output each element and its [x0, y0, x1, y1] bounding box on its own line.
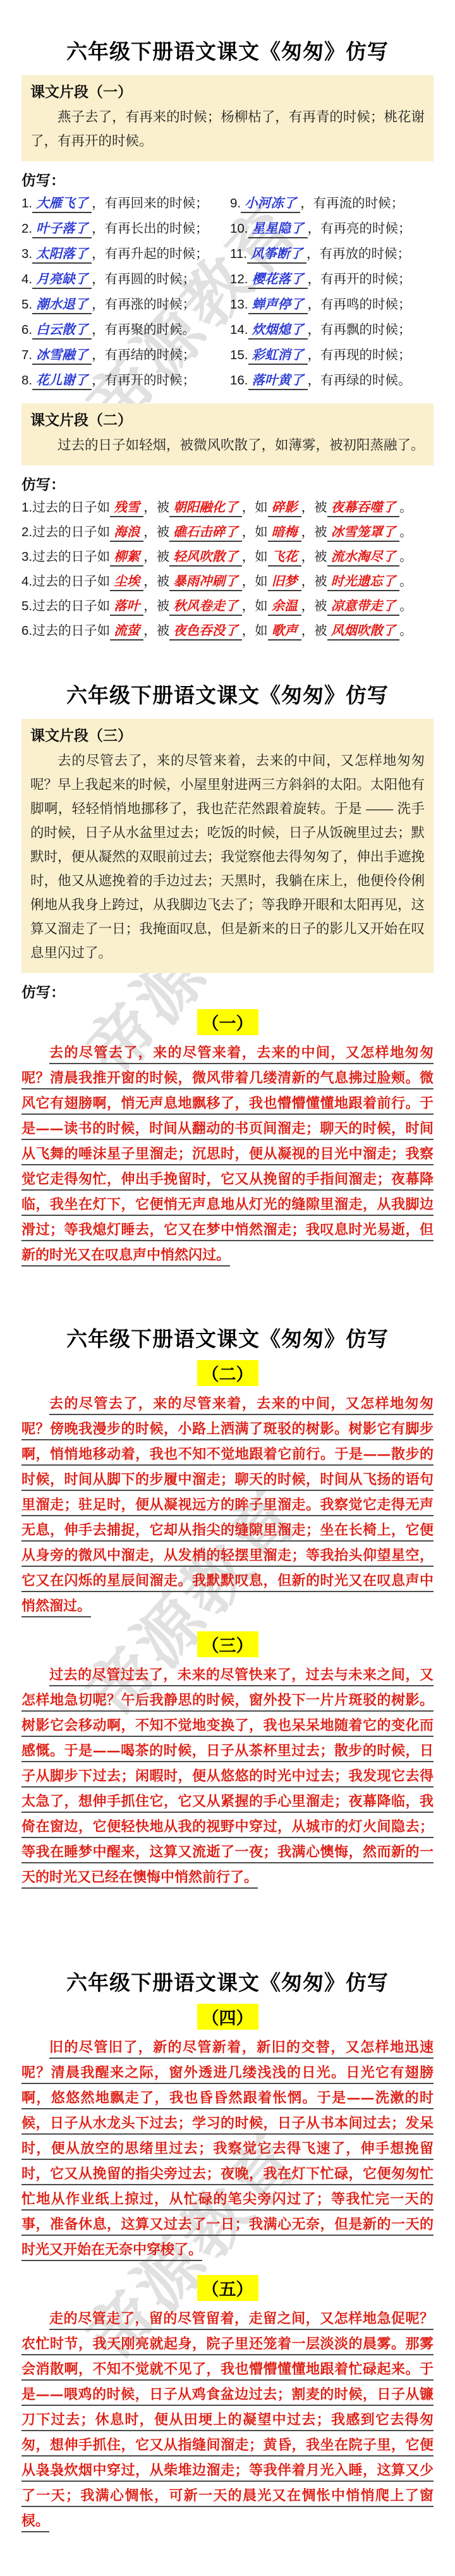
item-number: 5.	[21, 599, 32, 613]
imitation-list-2: 1.过去的日子如残雪，被朝阳融化了，如碎影，被夜幕吞噬了。 2.过去的日子如海浪…	[21, 495, 434, 643]
essay-text-5: 走的尽管走了，留的尽管留着，走留之间，又怎样地急促呢？农忙时节，我天刚亮就起身，…	[21, 2306, 434, 2534]
essay-tag-wrap: （二）	[21, 1360, 434, 1386]
essay-tag-wrap: （三）	[21, 1631, 434, 1657]
item-blank: 碎影	[268, 500, 301, 517]
item-period: 。	[399, 599, 413, 613]
item-number: 2.	[21, 525, 32, 539]
item-blank: 暴雨冲刷了	[169, 573, 242, 591]
item-text: ，有再绿的时候。	[308, 373, 411, 388]
essay-tag-wrap: （五）	[21, 2275, 434, 2301]
item-sep: ，被	[143, 574, 169, 589]
list-item: 6.过去的日子如流萤，被夜色吞没了，如歌声，被风烟吹散了。	[21, 618, 434, 643]
item-text: ，有再开的时候；	[308, 272, 411, 286]
item-blank: 夜色吞没了	[169, 623, 242, 641]
item-blank: 彩虹消了	[248, 347, 308, 365]
page-title: 六年级下册语文课文《匆匆》仿写	[21, 0, 434, 65]
item-blank: 冰雪笼罩了	[327, 524, 400, 542]
item-blank: 小河冻了	[241, 195, 300, 213]
item-text: ，有再开的时候；	[92, 373, 195, 388]
passage-heading: 课文片段（三）	[30, 725, 425, 746]
list-item: 1.过去的日子如残雪，被朝阳融化了，如碎影，被夜幕吞噬了。	[21, 495, 434, 520]
list-item: 2.过去的日子如海浪，被礁石击碎了，如暗梅，被冰雪笼罩了。	[21, 520, 434, 544]
essay-tag-5: （五）	[197, 2275, 258, 2301]
item-text: ，有再流的时候；	[300, 196, 404, 211]
item-text: ，有再圆的时候；	[92, 272, 195, 286]
list-item: 4.过去的日子如尘埃，被暴雨冲刷了，如旧梦，被时光遗忘了。	[21, 569, 434, 594]
item-blank: 旧梦	[268, 573, 301, 591]
item-number: 16.	[230, 373, 248, 388]
list-item: 11.风筝断了，有再放的时候；	[230, 242, 434, 267]
item-sep: ，被	[143, 525, 169, 539]
passage-box-2: 课文片段（二） 过去的日子如轻烟，被微风吹散了，如薄雾，被初阳蒸融了。	[21, 403, 434, 465]
item-blank: 凉意带走了	[327, 598, 400, 616]
list-item: 3.太阳落了，有再升起的时候；	[21, 242, 225, 267]
item-period: 。	[399, 574, 413, 589]
item-period: 。	[399, 500, 413, 515]
item-blank: 流水淘尽了	[327, 549, 400, 567]
item-text: ，有再升起的时候；	[92, 247, 209, 261]
list-item: 6.白云散了，有再聚的时候。	[21, 317, 225, 343]
item-sep: ，被	[301, 500, 327, 515]
item-blank: 流萤	[110, 623, 143, 641]
item-blank: 花儿谢了	[32, 372, 92, 390]
imitation-label: 仿写：	[21, 981, 434, 1002]
passage-text: 去的尽管去了，来的尽管来着，去来的中间，又怎样地匆匆呢？早上我起来的时候，小屋里…	[30, 749, 425, 965]
page-title: 六年级下册语文课文《匆匆》仿写	[21, 644, 434, 709]
item-sep: ，如	[242, 500, 268, 515]
item-blank: 冰雪融了	[32, 347, 92, 365]
passage-heading: 课文片段（二）	[30, 409, 425, 431]
essay-text-2: 去的尽管去了，来的尽管来着，去来的中间，又怎样地匆匆呢？傍晚我漫步的时候，小路上…	[21, 1391, 434, 1619]
item-text: ，有再鸣的时候；	[308, 297, 411, 312]
item-number: 7.	[21, 348, 32, 362]
page-title: 六年级下册语文课文《匆匆》仿写	[21, 1931, 434, 1996]
list-item: 12.樱花落了，有再开的时候；	[230, 267, 434, 292]
page-3: 帝源教育 六年级下册语文课文《匆匆》仿写 （二） 去的尽管去了，来的尽管来着，去…	[0, 1287, 455, 1931]
essay-tag-wrap: （一）	[21, 1009, 434, 1035]
item-sep: ，被	[143, 623, 169, 638]
item-lead: 过去的日子如	[32, 525, 110, 539]
item-blank: 白云散了	[32, 322, 92, 340]
item-lead: 过去的日子如	[32, 574, 110, 589]
list-item: 2.叶子落了，有再长出的时候；	[21, 216, 225, 242]
page-2: 帝源教育 六年级下册语文课文《匆匆》仿写 课文片段（三） 去的尽管去了，来的尽管…	[0, 644, 455, 1287]
item-blank: 尘埃	[110, 573, 143, 591]
item-blank: 飞花	[268, 549, 301, 567]
list-item: 8.花儿谢了，有再开的时候；	[21, 368, 225, 393]
item-blank: 夜幕吞噬了	[327, 500, 400, 517]
list-item: 15.彩虹消了，有再现的时候；	[230, 343, 434, 368]
item-blank: 炊烟熄了	[248, 322, 308, 340]
item-blank: 时光遗忘了	[327, 573, 400, 591]
item-sep: ，如	[242, 549, 268, 564]
imitation-list-1: 1.大雁飞了，有再回来的时候； 2.叶子落了，有再长出的时候； 3.太阳落了，有…	[21, 191, 434, 393]
item-number: 1.	[21, 196, 32, 211]
item-sep: ，被	[301, 623, 327, 638]
essay-text-3: 过去的尽管过去了，未来的尽管快来了，过去与未来之间，又怎样地急切呢？午后我静思的…	[21, 1662, 434, 1890]
item-sep: ，被	[143, 599, 169, 613]
item-sep: ，如	[242, 623, 268, 638]
item-blank: 轻风吹散了	[169, 549, 242, 567]
essay-text-1: 去的尽管去了，来的尽管来着，去来的中间，又怎样地匆匆呢？清晨我推开窗的时候，微风…	[21, 1040, 434, 1268]
item-blank: 秋风卷走了	[169, 598, 242, 616]
list-item: 13.蝉声停了，有再鸣的时候；	[230, 292, 434, 317]
list-item: 9.小河冻了，有再流的时候；	[230, 191, 434, 216]
item-number: 4.	[21, 272, 32, 286]
item-number: 14.	[230, 322, 248, 337]
item-blank: 风烟吹散了	[327, 623, 400, 641]
item-blank: 暗梅	[268, 524, 301, 542]
item-text: ，有再回来的时候；	[92, 196, 209, 211]
item-blank: 蝉声停了	[248, 297, 308, 314]
item-lead: 过去的日子如	[32, 500, 110, 515]
item-number: 12.	[230, 272, 248, 286]
item-period: 。	[399, 525, 413, 539]
list-item: 1.大雁飞了，有再回来的时候；	[21, 191, 225, 216]
item-text: ，有再聚的时候。	[92, 322, 195, 337]
item-blank: 余温	[268, 598, 301, 616]
item-blank: 海浪	[110, 524, 143, 542]
item-blank: 残雪	[110, 500, 143, 517]
item-number: 6.	[21, 623, 32, 638]
item-blank: 樱花落了	[248, 271, 308, 289]
passage-text: 过去的日子如轻烟，被微风吹散了，如薄雾，被初阳蒸融了。	[30, 433, 425, 457]
item-text: ，有再结的时候；	[92, 348, 195, 362]
item-number: 5.	[21, 297, 32, 312]
list-item: 10.星星隐了，有再亮的时候；	[230, 216, 434, 242]
imitation-label: 仿写：	[21, 169, 434, 190]
item-blank: 落叶黄了	[248, 372, 308, 390]
page-title: 六年级下册语文课文《匆匆》仿写	[21, 1287, 434, 1352]
item-sep: ，被	[301, 574, 327, 589]
item-blank: 朝阳融化了	[169, 500, 242, 517]
worksheet: 帝源教育 六年级下册语文课文《匆匆》仿写 课文片段（一） 燕子去了，有再来的时候…	[0, 0, 455, 2575]
item-blank: 星星隐了	[248, 221, 308, 238]
item-number: 3.	[21, 549, 32, 564]
item-sep: ，被	[143, 500, 169, 515]
item-sep: ，如	[242, 525, 268, 539]
essay-tag-4: （四）	[197, 2004, 258, 2030]
list-item: 14.炊烟熄了，有再飘的时候；	[230, 317, 434, 343]
list-item: 7.冰雪融了，有再结的时候；	[21, 343, 225, 368]
item-sep: ，如	[242, 574, 268, 589]
list-item: 16.落叶黄了，有再绿的时候。	[230, 368, 434, 393]
item-number: 11.	[230, 247, 247, 261]
item-text: ，有再飘的时候；	[308, 322, 411, 337]
item-blank: 叶子落了	[32, 221, 92, 238]
item-text: ，有再放的时候；	[306, 247, 410, 261]
item-text: ，有再长出的时候；	[92, 221, 209, 236]
item-number: 4.	[21, 574, 32, 589]
list-item: 4.月亮缺了，有再圆的时候；	[21, 267, 225, 292]
list-item: 3.过去的日子如柳絮，被轻风吹散了，如飞花，被流水淘尽了。	[21, 544, 434, 569]
item-blank: 大雁飞了	[32, 195, 92, 213]
imitation-label: 仿写：	[21, 473, 434, 494]
passage-heading: 课文片段（一）	[30, 81, 425, 102]
item-sep: ，被	[143, 549, 169, 564]
item-blank: 落叶	[110, 598, 143, 616]
essay-tag-2: （二）	[197, 1360, 258, 1386]
item-lead: 过去的日子如	[32, 549, 110, 564]
item-blank: 歌声	[268, 623, 301, 641]
item-number: 10.	[230, 221, 248, 236]
item-number: 13.	[230, 297, 248, 312]
item-lead: 过去的日子如	[32, 599, 110, 613]
item-lead: 过去的日子如	[32, 623, 110, 638]
item-blank: 月亮缺了	[32, 271, 92, 289]
item-number: 6.	[21, 322, 32, 337]
item-sep: ，如	[242, 599, 268, 613]
item-blank: 柳絮	[110, 549, 143, 567]
item-blank: 风筝断了	[247, 246, 306, 264]
item-blank: 礁石击碎了	[169, 524, 242, 542]
essay-tag-3: （三）	[197, 1631, 258, 1657]
item-number: 15.	[230, 348, 248, 362]
item-number: 9.	[230, 196, 241, 211]
passage-text: 燕子去了，有再来的时候；杨柳枯了，有再青的时候；桃花谢了，有再开的时候。	[30, 105, 425, 153]
item-blank: 太阳落了	[32, 246, 92, 264]
item-period: 。	[399, 623, 413, 638]
essay-text-4: 旧的尽管旧了，新的尽管新着，新旧的交替，又怎样地迅速呢？清晨我醒来之际，窗外透进…	[21, 2035, 434, 2262]
item-sep: ，被	[301, 525, 327, 539]
page-1: 帝源教育 六年级下册语文课文《匆匆》仿写 课文片段（一） 燕子去了，有再来的时候…	[0, 0, 455, 644]
list-item: 5.过去的日子如落叶，被秋风卷走了，如余温，被凉意带走了。	[21, 594, 434, 618]
item-sep: ，被	[301, 549, 327, 564]
item-text: ，有再亮的时候；	[308, 221, 411, 236]
essay-tag-wrap: （四）	[21, 2004, 434, 2030]
item-number: 1.	[21, 500, 32, 515]
item-period: 。	[399, 549, 413, 564]
item-text: ，有再现的时候；	[308, 348, 411, 362]
list-item: 5.潮水退了，有再涨的时候；	[21, 292, 225, 317]
page-4: 帝源教育 六年级下册语文课文《匆匆》仿写 （四） 旧的尽管旧了，新的尽管新着，新…	[0, 1931, 455, 2575]
item-text: ，有再涨的时候；	[92, 297, 195, 312]
item-sep: ，被	[301, 599, 327, 613]
item-number: 2.	[21, 221, 32, 236]
item-blank: 潮水退了	[32, 297, 92, 314]
passage-box-3: 课文片段（三） 去的尽管去了，来的尽管来着，去来的中间，又怎样地匆匆呢？早上我起…	[21, 719, 434, 973]
essay-tag-1: （一）	[197, 1009, 258, 1035]
item-number: 8.	[21, 373, 32, 388]
item-number: 3.	[21, 247, 32, 261]
passage-box-1: 课文片段（一） 燕子去了，有再来的时候；杨柳枯了，有再青的时候；桃花谢了，有再开…	[21, 75, 434, 161]
